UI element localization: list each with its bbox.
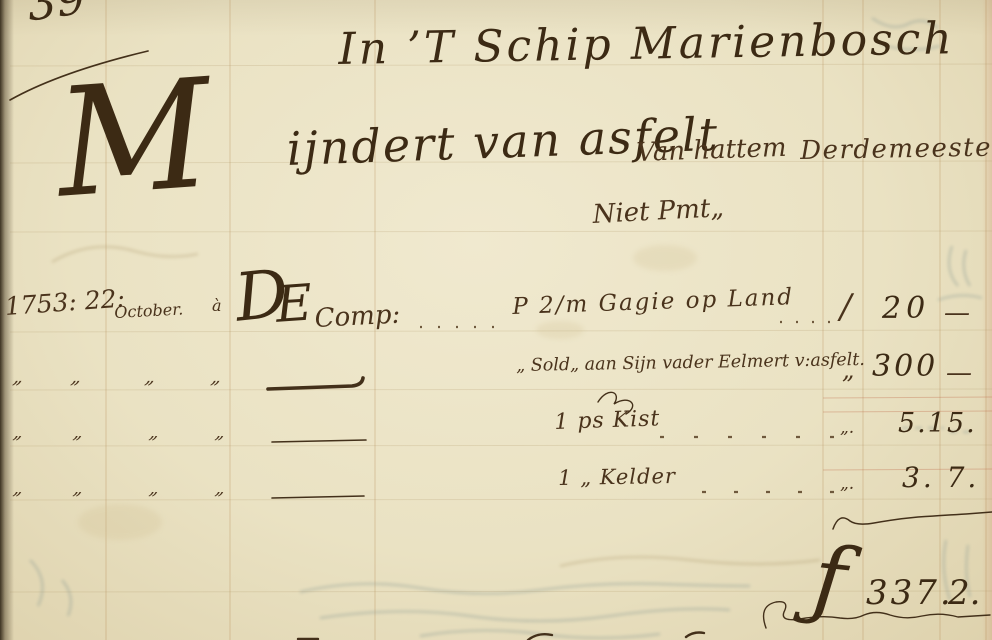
status-note: Niet Pmt„ (592, 195, 724, 228)
ditto-day-4: „ (74, 480, 83, 498)
entry-month: October. (114, 301, 184, 321)
fraction-1: — (944, 300, 970, 326)
ditto-glyph: „ (213, 424, 227, 442)
ditto-glyph: „ (71, 480, 85, 498)
paper-stains (78, 245, 697, 540)
ditto-glyph: „ (209, 368, 224, 387)
ditto-year-3: „ (14, 424, 23, 442)
ditto-month-3: „ (150, 424, 159, 442)
account-name: Comp: (314, 302, 401, 332)
sailor-name-initial: M (52, 59, 216, 219)
ditto-particle-4: „ (216, 480, 225, 498)
ditto-glyph: „ (147, 480, 161, 498)
entry-description-4: 1 „ Kelder (558, 466, 676, 489)
total-fraction: 2. (948, 576, 980, 610)
ditto-glyph: „ (11, 480, 25, 498)
folio-mark: 39 (24, 0, 88, 28)
amount-3: 5.15. (898, 410, 977, 437)
fraction-2: — (946, 360, 972, 386)
ledger-page: 39 In ’T Schip Marienbosch M ijndert van… (0, 0, 992, 640)
ditto-particle-3: „ (216, 424, 225, 442)
currency-mark-3: „. (840, 420, 854, 437)
ditto-glyph: „ (11, 424, 25, 442)
entry-date: 1753: 22: (4, 286, 126, 319)
amount-2: 300 (872, 352, 938, 382)
entry-description-3: 1 ps Kist (554, 408, 661, 434)
total-currency-flourish: ƒ (809, 534, 851, 625)
ditto-glyph: „ (69, 368, 84, 387)
ditto-day-2: „ (72, 368, 82, 387)
amount-4: 3. 7. (902, 464, 979, 492)
ditto-particle-2: „ (212, 368, 222, 387)
ditto-glyph: „ (11, 368, 26, 387)
currency-mark-1: / (840, 290, 851, 324)
ditto-year-2: „ (14, 368, 24, 387)
currency-mark-2: „ (842, 358, 854, 382)
sailor-rank: Derdemeester (800, 134, 992, 164)
ditto-month-4: „ (150, 480, 159, 498)
ditto-day-3: „ (74, 424, 83, 442)
ditto-glyph: „ (143, 368, 158, 387)
entry-description-1: P 2/m Gagie op Land (512, 286, 794, 319)
entry-particle: à (212, 298, 222, 314)
ditto-year-4: „ (14, 480, 23, 498)
sailor-origin: Van hattem (636, 135, 787, 166)
ditto-month-2: „ (146, 368, 156, 387)
account-second: E (274, 277, 314, 329)
entry-description-2: „ Sold„ aan Sijn vader Eelmert v:asfelt. (516, 352, 865, 376)
page-title: In ’T Schip Marienbosch (338, 17, 955, 72)
ditto-glyph: „ (147, 424, 161, 442)
total-amount: 337. (866, 576, 954, 610)
ditto-glyph: „ (71, 424, 85, 442)
amount-1: 20 (882, 294, 930, 324)
ditto-glyph: „ (213, 480, 227, 498)
currency-mark-4: „. (840, 476, 854, 493)
